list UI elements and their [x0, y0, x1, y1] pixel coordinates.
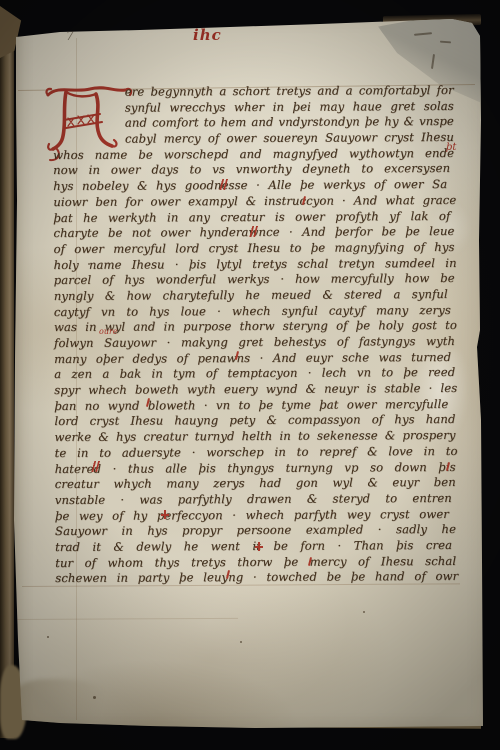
- ink-speck: [240, 641, 242, 643]
- text-line: and comfort to hem and vndyrstondyn þe h…: [125, 114, 454, 131]
- rubric-mark: [91, 461, 100, 472]
- text-line: cabyl mercy of ower souereyn Sauyowr cry…: [125, 130, 454, 147]
- photo-background: 7 ihc H ere begynnyth a schort t: [0, 0, 500, 750]
- text-line: nyngly & how charytefully he meued & ste…: [54, 287, 448, 305]
- decorated-initial-letter: H: [0, 0, 1, 1]
- rubric-abbreviation: þt: [446, 142, 456, 153]
- text-line: te in to aduersyte · worschep in to repr…: [55, 444, 458, 462]
- text-line: schewen in party þe leuyng · towched be …: [55, 569, 458, 587]
- rubric-mark: [161, 510, 169, 519]
- text-line: hys nobeley & hys goodnesse · Alle þe we…: [53, 177, 447, 195]
- text-line: werke & hys creatur turnyd helth in to s…: [54, 428, 455, 446]
- text-line: trad it & dewly he went it be forn · Tha…: [55, 538, 452, 556]
- ruling-line-horizontal: [17, 618, 238, 620]
- binding-edge: [0, 22, 14, 738]
- text-line: of ower mercyful lord cryst Ihesu to þe …: [54, 240, 455, 258]
- ink-speck: [47, 636, 49, 638]
- ink-speck: [88, 263, 90, 265]
- ink-speck: [425, 88, 427, 90]
- text-line: ere begynnyth a schort tretys and a comf…: [125, 83, 454, 100]
- stain-patch: [15, 679, 120, 729]
- text-line: uiowr ben for ower exampyl & instruccyon…: [53, 193, 456, 211]
- ink-speck: [363, 611, 365, 613]
- ink-speck: [93, 696, 96, 699]
- folio-number: 7: [66, 29, 74, 43]
- rubric-mark: [249, 226, 258, 237]
- text-line: vnstable · was parfythly drawen & steryd…: [55, 491, 452, 509]
- text-line: spyr whech boweth wyth euery wynd & neuy…: [54, 381, 457, 399]
- rubric-mark: [219, 179, 228, 190]
- interlinear-gloss: oure: [99, 327, 118, 336]
- text-line: folwyn Sauyowr · makyng gret behestys of…: [54, 334, 455, 352]
- manuscript-page: 7 ihc H ere begynnyth a schort t: [0, 0, 500, 750]
- text-line: synful wrecchys wher in þei may haue gre…: [125, 99, 454, 116]
- rubric-mark: [255, 542, 263, 551]
- ihs-monogram: ihc: [193, 26, 222, 44]
- ihs-monogram-abbreviation-bar: [195, 24, 214, 28]
